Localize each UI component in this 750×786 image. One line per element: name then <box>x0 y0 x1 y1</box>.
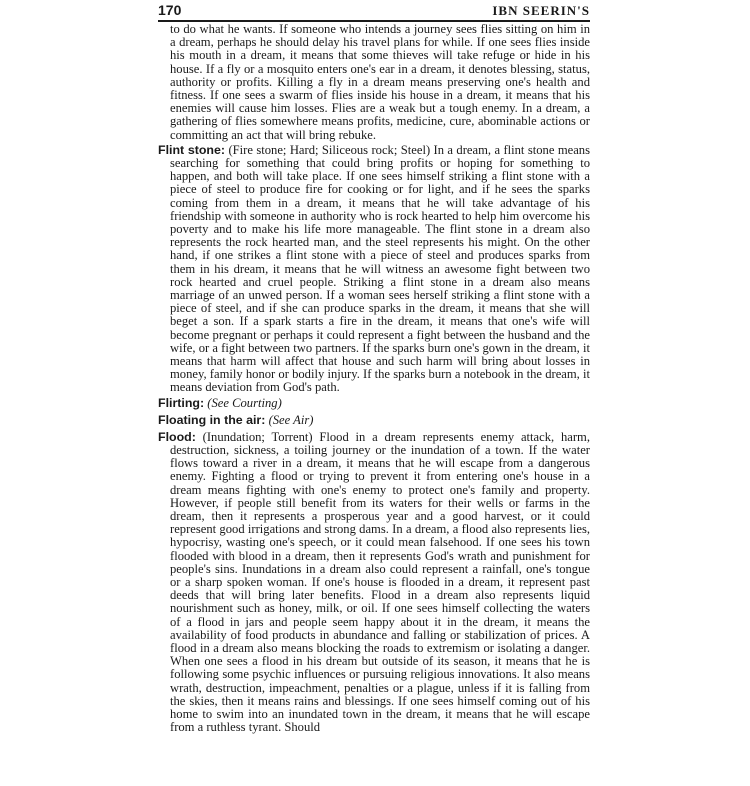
headword-colon: : <box>200 396 204 410</box>
entry-floating-in-the-air: Floating in the air: (See Air) <box>158 412 590 429</box>
entry-continuation-flies: to do what he wants. If someone who inte… <box>158 23 590 142</box>
page-number: 170 <box>158 2 181 18</box>
book-title: IBN SEERIN'S <box>492 3 590 19</box>
cross-reference: (See Courting) <box>207 396 282 410</box>
headword-colon: : <box>261 413 265 427</box>
entry-flood: Flood: (Inundation; Torrent) Flood in a … <box>158 431 590 735</box>
headword-colon: : <box>192 430 196 444</box>
headword: Flood <box>158 430 192 444</box>
headword-colon: : <box>221 143 225 157</box>
headword: Floating in the air <box>158 413 261 427</box>
headword: Flint stone <box>158 143 221 157</box>
cross-reference: (See Air) <box>269 413 314 427</box>
headword: Flirting <box>158 396 200 410</box>
entry-text: (Fire stone; Hard; Siliceous rock; Steel… <box>170 143 590 395</box>
entry-text: (Inundation; Torrent) Flood in a dream r… <box>170 430 590 734</box>
entry-flint-stone: Flint stone: (Fire stone; Hard; Siliceou… <box>158 144 590 395</box>
running-head: 170 IBN SEERIN'S <box>158 2 590 20</box>
page-body: to do what he wants. If someone who inte… <box>158 23 590 734</box>
entry-text: to do what he wants. If someone who inte… <box>170 22 590 142</box>
entry-flirting: Flirting: (See Courting) <box>158 395 590 412</box>
